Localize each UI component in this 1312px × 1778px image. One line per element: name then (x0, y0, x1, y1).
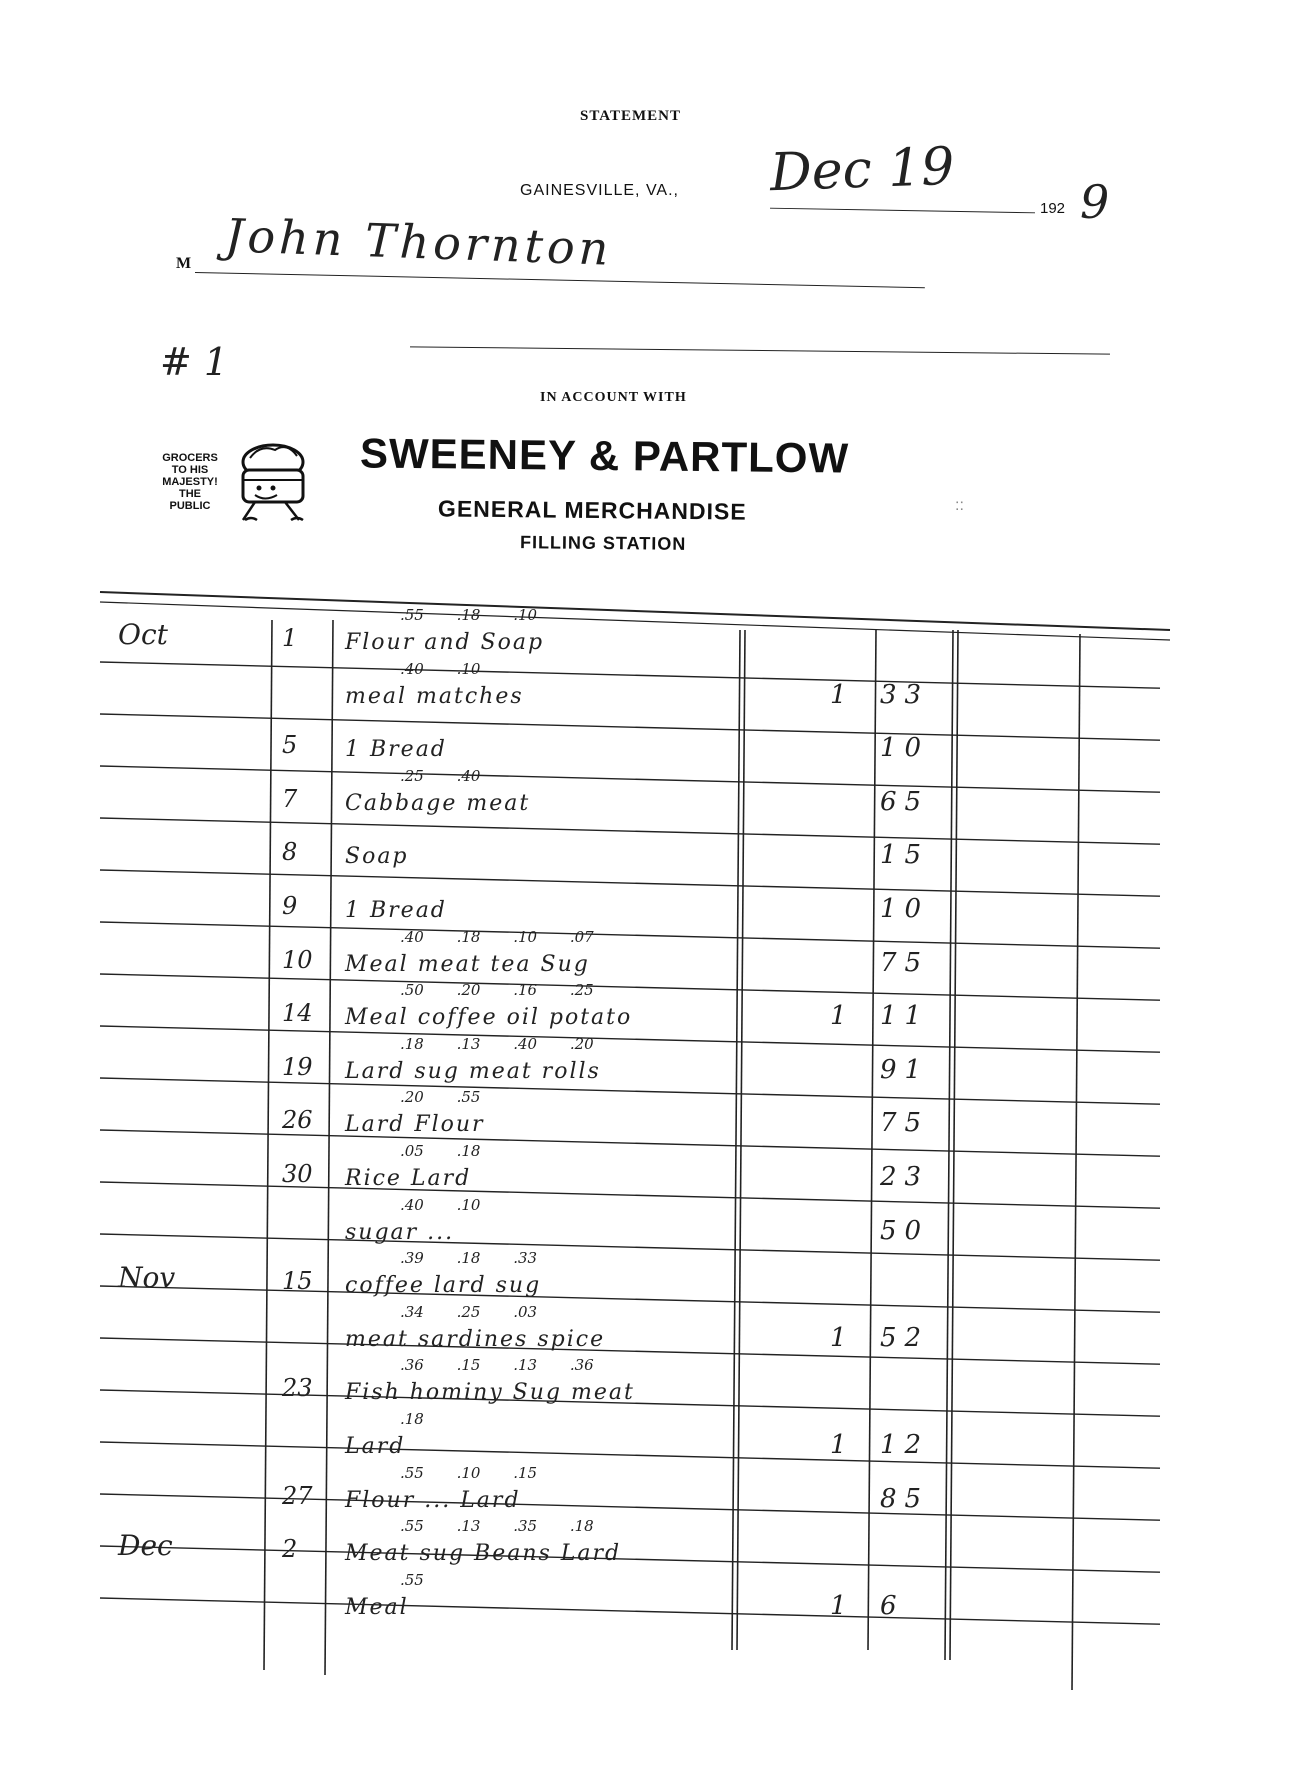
ledger-month: Oct (118, 618, 168, 651)
ledger-cents: 15 (880, 840, 929, 870)
ledger-dollars: 1 (830, 680, 847, 710)
ledger-item-prices: .25 .40 (400, 767, 480, 785)
ledger-cents: 75 (880, 1108, 929, 1138)
ledger-dollars: 1 (830, 1591, 847, 1621)
ledger-item-prices: .55 .10 .15 (400, 1464, 537, 1482)
ledger-description: Lard (345, 1434, 405, 1459)
ledger-cents: 50 (880, 1216, 929, 1246)
ledger-item-prices: .50 .20 .16 .25 (400, 981, 594, 999)
ledger-item-prices: .36 .15 .13 .36 (400, 1356, 594, 1374)
ledger-cents: 52 (880, 1323, 929, 1353)
ledger-day: 2 (282, 1535, 297, 1563)
ledger-cents: 91 (880, 1055, 929, 1085)
ledger-item-prices: .40 .10 (400, 1196, 480, 1214)
ledger-month: Dec (118, 1529, 173, 1562)
ledger-description: 1 Bread (345, 737, 447, 762)
ledger-description: Flour and Soap (345, 630, 544, 655)
ledger-cents: 6 (880, 1591, 905, 1621)
ledger-description: coffee lard sug (345, 1273, 541, 1298)
ledger-description: Meal meat tea Sug (345, 952, 590, 977)
ledger-description: Fish hominy Sug meat (345, 1380, 635, 1405)
ledger-description: Meal coffee oil potato (345, 1005, 632, 1030)
ledger-description: Flour ... Lard (345, 1488, 521, 1513)
ledger-day: 10 (282, 946, 313, 974)
ledger-item-prices: .20 .55 (400, 1088, 480, 1106)
ledger-description: sugar ... (345, 1220, 454, 1245)
ledger-dollars: 1 (830, 1430, 847, 1460)
ledger-description: Lard Flour (345, 1112, 485, 1137)
ledger-day: 26 (282, 1106, 313, 1134)
ledger-item-prices: .55 .18 .10 (400, 606, 537, 624)
ledger-day: 23 (282, 1374, 313, 1402)
ledger-item-prices: .55 .13 .35 .18 (400, 1517, 594, 1535)
ledger-description: Lard sug meat rolls (345, 1059, 601, 1084)
ledger-day: 7 (282, 785, 297, 813)
ledger-description: meat sardines spice (345, 1327, 605, 1352)
ledger-item-prices: .34 .25 .03 (400, 1303, 537, 1321)
ledger-item-prices: .40 .10 (400, 660, 480, 678)
ledger-day: 19 (282, 1053, 313, 1081)
ledger-cents: 65 (880, 787, 929, 817)
ledger-day: 27 (282, 1482, 313, 1510)
ledger-dollars: 1 (830, 1323, 847, 1353)
ledger-day: 30 (282, 1160, 313, 1188)
ledger-cents: 75 (880, 948, 929, 978)
ledger-month: Nov (118, 1261, 175, 1294)
ledger-description: Rice Lard (345, 1166, 471, 1191)
ledger-description: Meal (345, 1595, 409, 1620)
ledger-day: 1 (282, 624, 297, 652)
ledger-table: Oct1.55 .18 .10Flour and Soap.40 .10meal… (0, 0, 1312, 1778)
ledger-cents: 12 (880, 1430, 929, 1460)
ledger-description: Soap (345, 844, 409, 869)
ledger-cents: 10 (880, 894, 929, 924)
ledger-cents: 33 (880, 680, 929, 710)
ledger-cents: 11 (880, 1001, 929, 1031)
ledger-day: 15 (282, 1267, 313, 1295)
ledger-cents: 10 (880, 733, 929, 763)
ledger-item-prices: .40 .18 .10 .07 (400, 928, 594, 946)
ledger-description: 1 Bread (345, 898, 447, 923)
ledger-cents: 85 (880, 1484, 929, 1514)
ledger-day: 5 (282, 731, 297, 759)
ledger-item-prices: .18 (400, 1410, 424, 1428)
ledger-day: 14 (282, 999, 313, 1027)
ledger-day: 8 (282, 838, 297, 866)
ledger-item-prices: .39 .18 .33 (400, 1249, 537, 1267)
ledger-item-prices: .05 .18 (400, 1142, 480, 1160)
ledger-description: meal matches (345, 684, 524, 709)
ledger-description: Cabbage meat (345, 791, 530, 816)
ledger-dollars: 1 (830, 1001, 847, 1031)
ledger-cents: 23 (880, 1162, 929, 1192)
ledger-description: Meat sug Beans Lard (345, 1541, 621, 1566)
ledger-item-prices: .55 (400, 1571, 424, 1589)
ledger-item-prices: .18 .13 .40 .20 (400, 1035, 594, 1053)
ledger-day: 9 (282, 892, 297, 920)
